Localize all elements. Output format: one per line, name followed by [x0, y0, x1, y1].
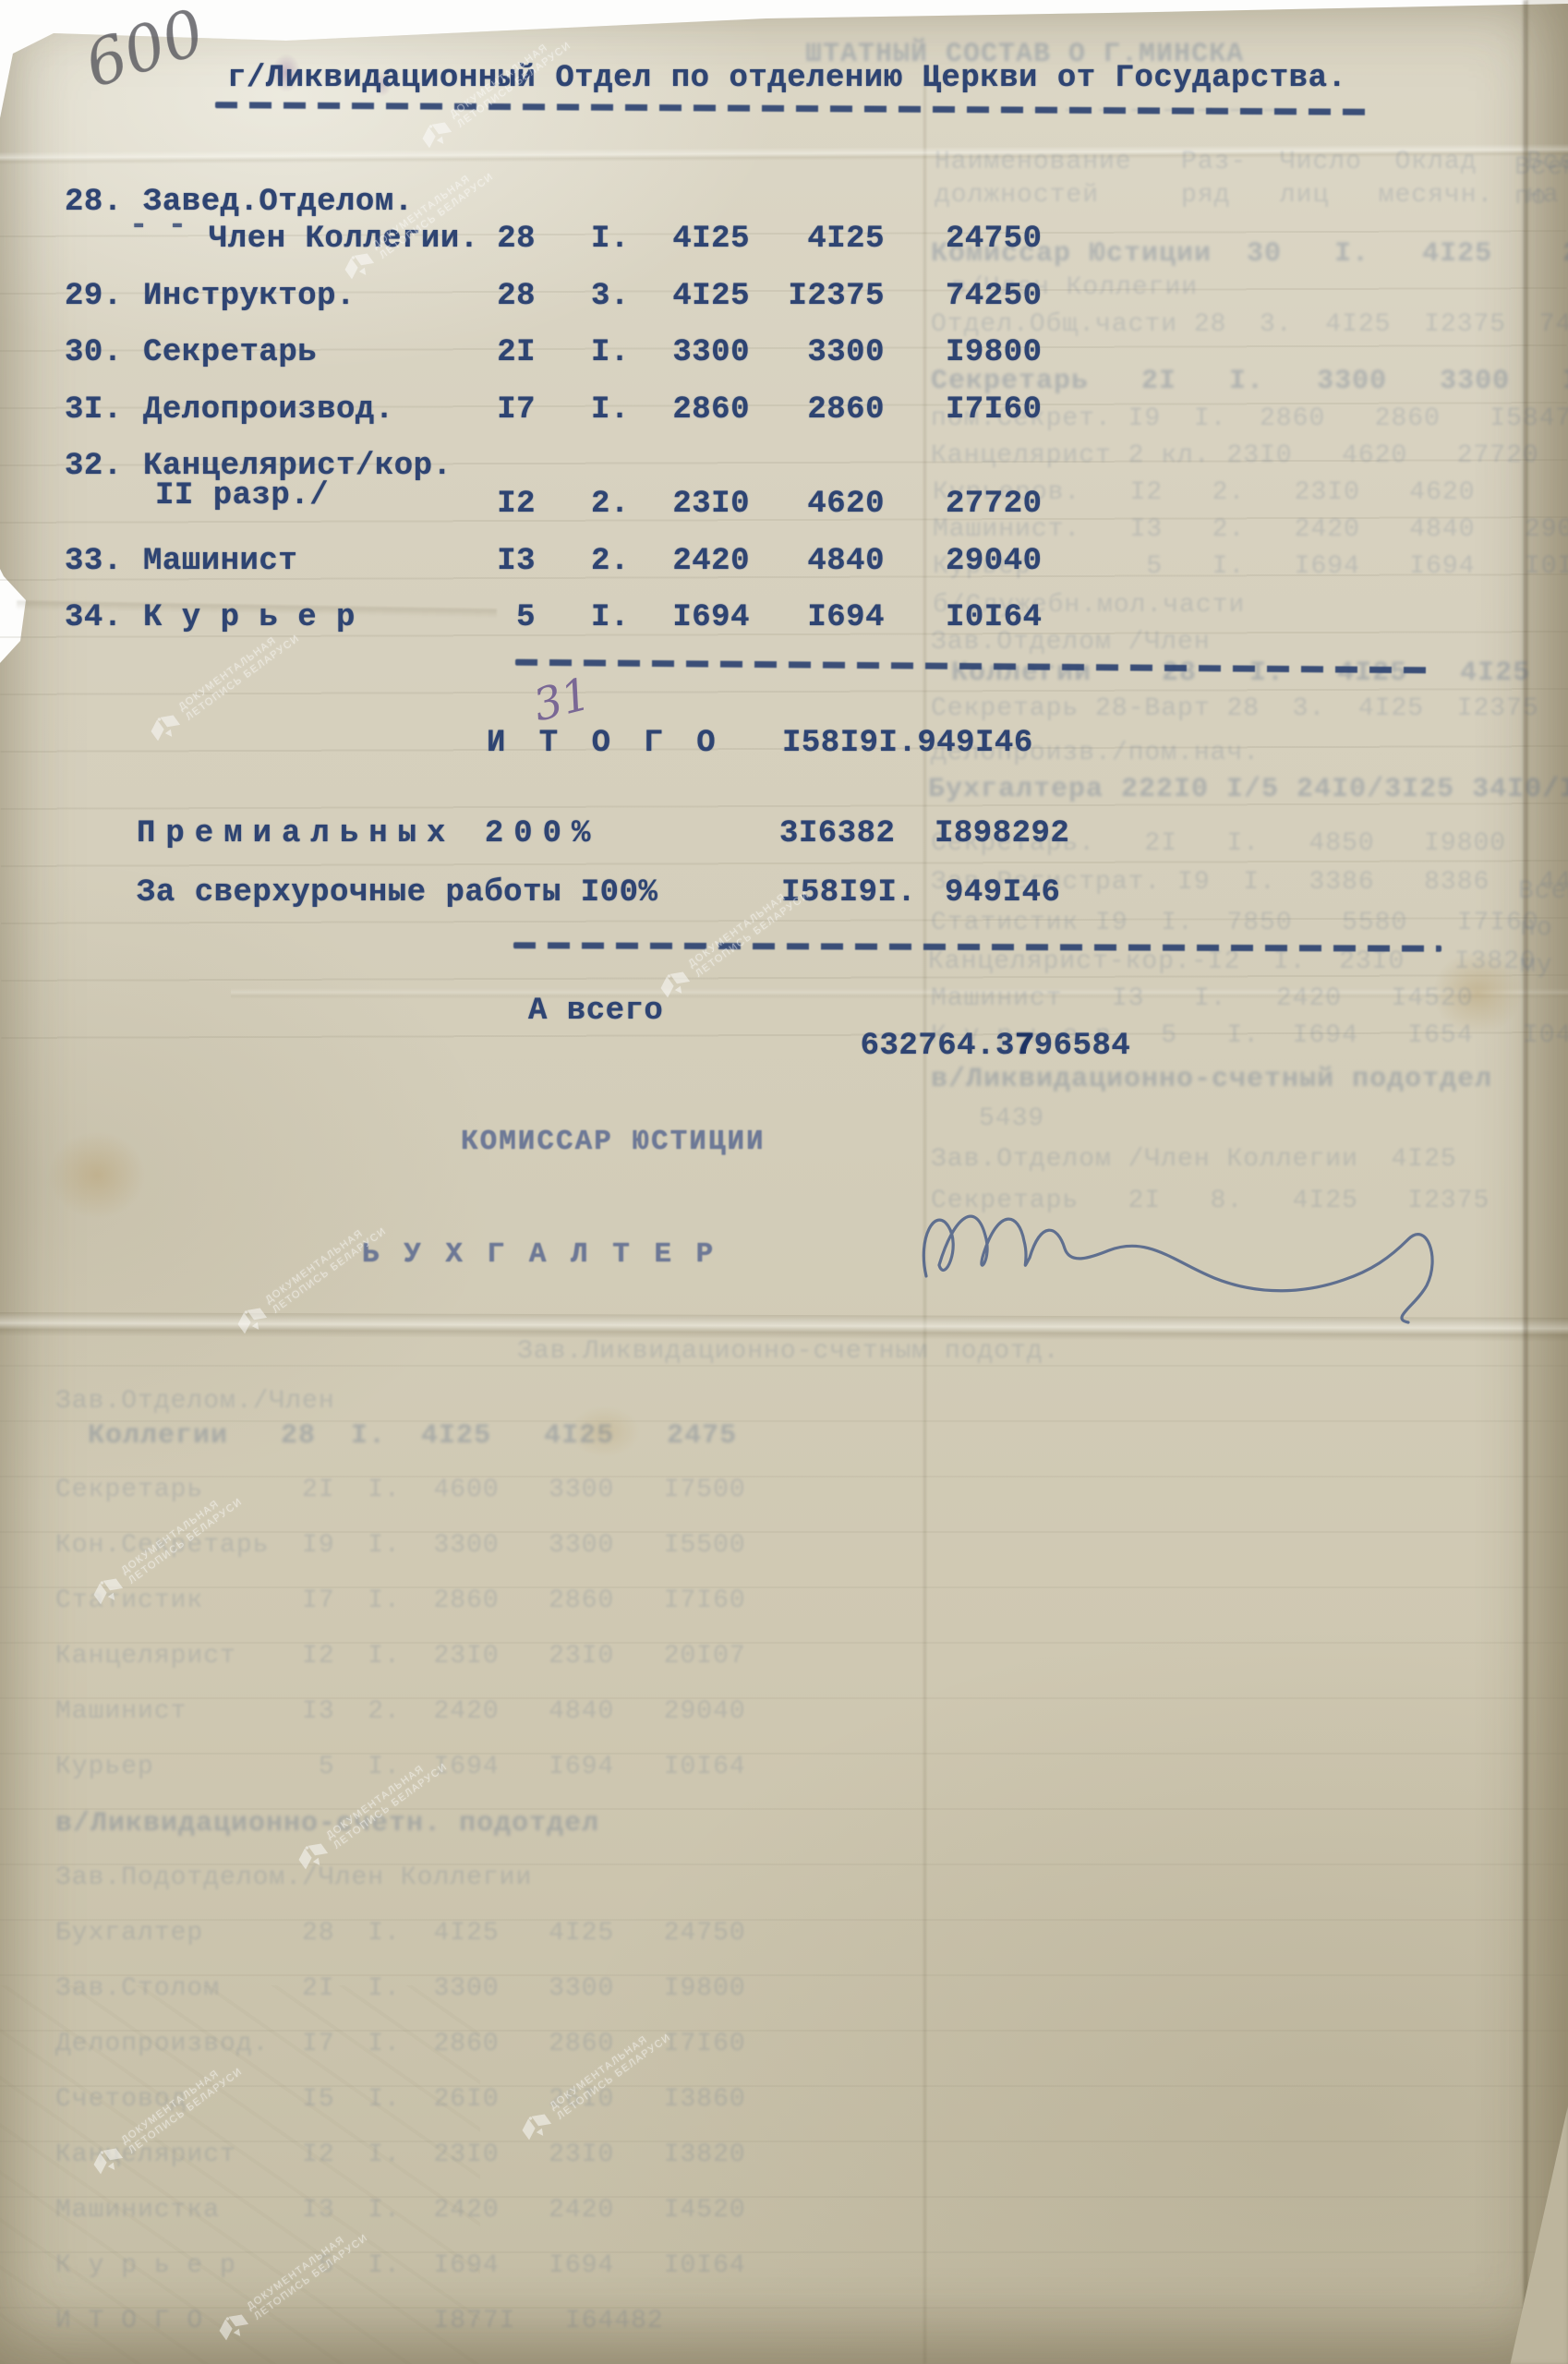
archive-watermark: ДОКУМЕНТАЛЬНАЯЛЕТОПИСЬ БЕЛАРУСИ [201, 2185, 411, 2362]
watermark-line2: ЛЕТОПИСЬ БЕЛАРУСИ [127, 2066, 246, 2156]
watermark-line2: ЛЕТОПИСЬ БЕЛАРУСИ [332, 1761, 451, 1851]
watermark-line1: ДОКУМЕНТАЛЬНАЯ [119, 2056, 238, 2146]
watermark-line2: ЛЕТОПИСЬ БЕЛАРУСИ [271, 1225, 390, 1316]
watermark-line1: ДОКУМЕНТАЛЬНАЯ [548, 2021, 667, 2112]
archive-watermark: ДОКУМЕНТАЛЬНАЯЛЕТОПИСЬ БЕЛАРУСИ [281, 1714, 490, 1891]
watermark-line1: ДОКУМЕНТАЛЬНАЯ [370, 161, 489, 251]
scanned-document: ШТАТНЫЙ СОСТАВ О Г.МИНСКА— — — — — — — —… [0, 0, 1568, 2364]
watermark-line2: ЛЕТОПИСЬ БЕЛАРУСИ [555, 2032, 674, 2122]
watermark-line2: ЛЕТОПИСЬ БЕЛАРУСИ [378, 171, 497, 261]
archive-watermark-layer: ДОКУМЕНТАЛЬНАЯЛЕТОПИСЬ БЕЛАРУСИДОКУМЕНТА… [0, 0, 1568, 2364]
watermark-line1: ДОКУМЕНТАЛЬНАЯ [686, 879, 805, 970]
watermark-line2: ЛЕТОПИСЬ БЕЛАРУСИ [127, 1496, 246, 1586]
open-book-icon [232, 1300, 272, 1340]
open-book-icon [88, 2141, 128, 2180]
open-book-icon [416, 115, 457, 154]
watermark-line1: ДОКУМЕНТАЛЬНАЯ [119, 1486, 238, 1576]
watermark-line1: ДОКУМЕНТАЛЬНАЯ [448, 30, 567, 120]
open-book-icon [145, 707, 186, 747]
watermark-line2: ЛЕТОПИСЬ БЕЛАРУСИ [184, 633, 303, 723]
watermark-line2: ЛЕТОПИСЬ БЕЛАРУСИ [252, 2232, 371, 2322]
open-book-icon [293, 1836, 333, 1876]
open-book-icon [213, 2307, 254, 2346]
archive-watermark: ДОКУМЕНТАЛЬНАЯЛЕТОПИСЬ БЕЛАРУСИ [643, 842, 852, 1019]
watermark-line1: ДОКУМЕНТАЛЬНАЯ [263, 1215, 382, 1306]
open-book-icon [516, 2106, 557, 2146]
open-book-icon [655, 964, 695, 1004]
archive-watermark: ДОКУМЕНТАЛЬНАЯЛЕТОПИСЬ БЕЛАРУСИ [504, 1984, 714, 2162]
watermark-line1: ДОКУМЕНТАЛЬНАЯ [245, 2222, 364, 2312]
archive-watermark: ДОКУМЕНТАЛЬНАЯЛЕТОПИСЬ БЕЛАРУСИ [133, 585, 343, 763]
watermark-line1: ДОКУМЕНТАЛЬНАЯ [176, 622, 296, 713]
watermark-line2: ЛЕТОПИСЬ БЕЛАРУСИ [455, 40, 574, 130]
watermark-line1: ДОКУМЕНТАЛЬНАЯ [324, 1751, 443, 1841]
archive-watermark: ДОКУМЕНТАЛЬНАЯЛЕТОПИСЬ БЕЛАРУСИ [76, 2019, 285, 2196]
open-book-icon [88, 1571, 128, 1610]
archive-watermark: ДОКУМЕНТАЛЬНАЯЛЕТОПИСЬ БЕЛАРУСИ [220, 1178, 429, 1356]
watermark-line2: ЛЕТОПИСЬ БЕЛАРУСИ [694, 889, 813, 980]
archive-watermark: ДОКУМЕНТАЛЬНАЯЛЕТОПИСЬ БЕЛАРУСИ [327, 124, 537, 301]
archive-watermark: ДОКУМЕНТАЛЬНАЯЛЕТОПИСЬ БЕЛАРУСИ [404, 0, 614, 170]
open-book-icon [339, 246, 380, 285]
archive-watermark: ДОКУМЕНТАЛЬНАЯЛЕТОПИСЬ БЕЛАРУСИ [76, 1449, 285, 1626]
